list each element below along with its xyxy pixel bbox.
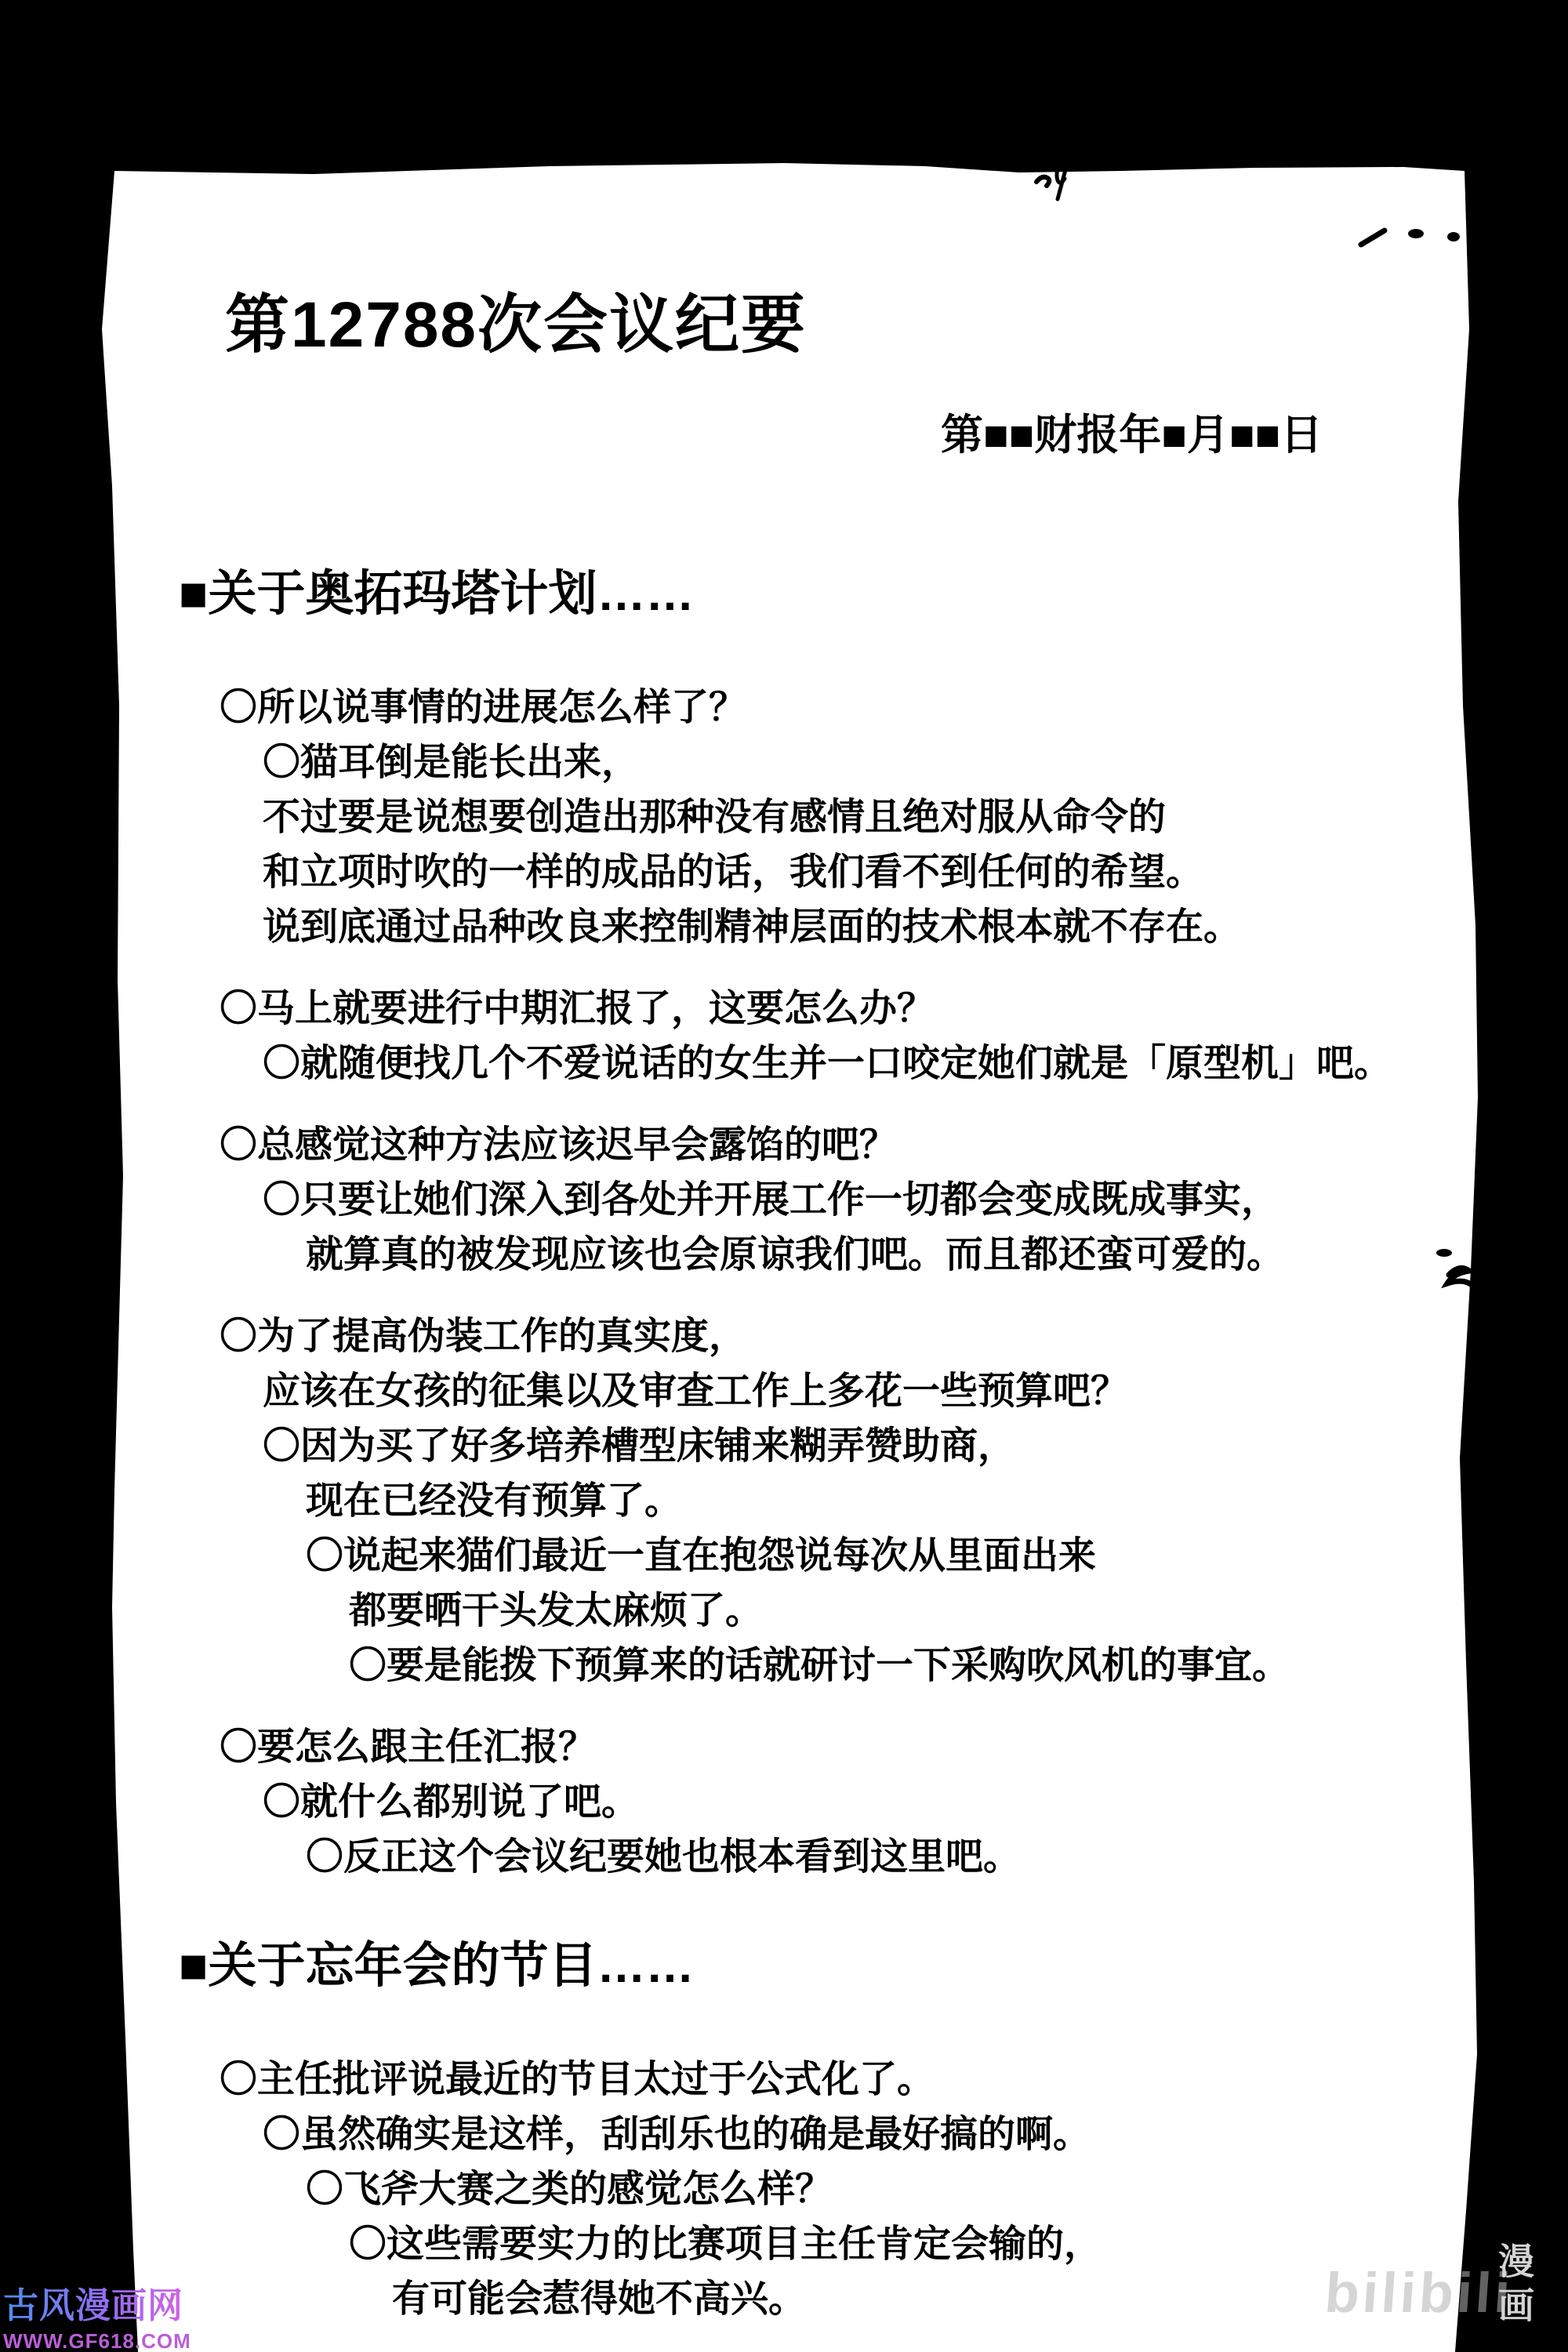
document-title: 第12788次会议纪要: [225, 286, 1568, 365]
ink-dots-icon: [1356, 220, 1501, 257]
document-line: 都要晒干头发太麻烦了。: [349, 1584, 1568, 1639]
manga-page: 第12788次会议纪要 第■■财报年■月■■日 ■关于奥拓玛塔计划……〇所以说事…: [0, 0, 1568, 2352]
handwritten-squiggle-icon: [1033, 154, 1082, 204]
document-line: 说到底通过品种改良来控制精神层面的技术根本就不存在。: [263, 900, 1568, 955]
document-line: 〇飞斧大赛之类的感觉怎么样？: [306, 2162, 1568, 2217]
document-line: 〇总感觉这种方法应该迟早会露馅的吧？: [220, 1118, 1568, 1173]
document-line: 〇马上就要进行中期汇报了，这要怎么办？: [220, 982, 1568, 1036]
document-line: 〇虽然确实是这样，刮刮乐也的确是最好搞的啊。: [263, 2107, 1568, 2162]
document-paragraph: 〇为了提高伪装工作的真实度，应该在女孩的征集以及审查工作上多花一些预算吧？〇因为…: [0, 1309, 1568, 1693]
gufeng-site-url: WWW.GF618.COM: [3, 2329, 207, 2352]
document-body: ■关于奥拓玛塔计划……〇所以说事情的进展怎么样了？〇猫耳倒是能长出来，不过要是说…: [0, 563, 1568, 2327]
gufeng-watermark: 古风漫画网 WWW.GF618.COM: [3, 2277, 207, 2352]
section-heading: ■关于奥拓玛塔计划……: [179, 563, 1568, 626]
document-paragraph: 〇总感觉这种方法应该迟早会露馅的吧？〇只要让她们深入到各处并开展工作一切都会变成…: [0, 1118, 1568, 1283]
document-line: 现在已经没有预算了。: [306, 1474, 1568, 1529]
document-line: 〇猫耳倒是能长出来，: [263, 735, 1568, 790]
document-line: 〇要怎么跟主任汇报？: [220, 1720, 1568, 1775]
document-line: 和立项时吹的一样的成品的话，我们看不到任何的希望。: [263, 845, 1568, 900]
document-line: 〇主任批评说最近的节目太过于公式化了。: [220, 2053, 1568, 2107]
ink-scribble-icon: [1435, 1242, 1485, 1298]
document-line: 〇要是能拨下预算来的话就研讨一下采购吹风机的事宜。: [349, 1639, 1568, 1693]
document-section: ■关于奥拓玛塔计划……〇所以说事情的进展怎么样了？〇猫耳倒是能长出来，不过要是说…: [0, 563, 1568, 1885]
document-line: 〇因为买了好多培养槽型床铺来糊弄赞助商，: [263, 1419, 1568, 1474]
document-line: 〇为了提高伪装工作的真实度，: [220, 1309, 1568, 1364]
document-paragraph: 〇要怎么跟主任汇报？〇就什么都别说了吧。〇反正这个会议纪要她也根本看到这里吧。: [0, 1720, 1568, 1885]
document-line: 〇所以说事情的进展怎么样了？: [220, 681, 1568, 735]
section-heading: ■关于忘年会的节目……: [179, 1935, 1568, 1998]
document-line: 〇反正这个会议纪要她也根本看到这里吧。: [306, 1830, 1568, 1885]
bilibili-logo: bilibili: [1323, 2261, 1515, 2325]
bilibili-manga-label: 漫画: [1488, 2242, 1540, 2330]
document-line: 就算真的被发现应该也会原谅我们吧。而且都还蛮可爱的。: [306, 1228, 1568, 1283]
document-content: 第12788次会议纪要 第■■财报年■月■■日 ■关于奥拓玛塔计划……〇所以说事…: [0, 169, 1568, 2327]
document-line: 〇就什么都别说了吧。: [263, 1775, 1568, 1830]
document-line: 〇说起来猫们最近一直在抱怨说每次从里面出来: [306, 1529, 1568, 1584]
document-line: 〇就随便找几个不爱说话的女生并一口咬定她们就是「原型机」吧。: [263, 1036, 1568, 1091]
document-line: 应该在女孩的征集以及审查工作上多花一些预算吧？: [263, 1364, 1568, 1419]
gufeng-site-name: 古风漫画网: [3, 2277, 207, 2328]
document-paragraph: 〇所以说事情的进展怎么样了？〇猫耳倒是能长出来，不过要是说想要创造出那种没有感情…: [0, 681, 1568, 955]
document-paragraph: 〇马上就要进行中期汇报了，这要怎么办？〇就随便找几个不爱说话的女生并一口咬定她们…: [0, 982, 1568, 1091]
document-line: 不过要是说想要创造出那种没有感情且绝对服从命令的: [263, 790, 1568, 845]
document-date: 第■■财报年■月■■日: [941, 408, 1568, 463]
document-line: 〇只要让她们深入到各处并开展工作一切都会变成既成事实，: [263, 1173, 1568, 1228]
ink-strokes-icon: [1488, 1905, 1538, 1955]
